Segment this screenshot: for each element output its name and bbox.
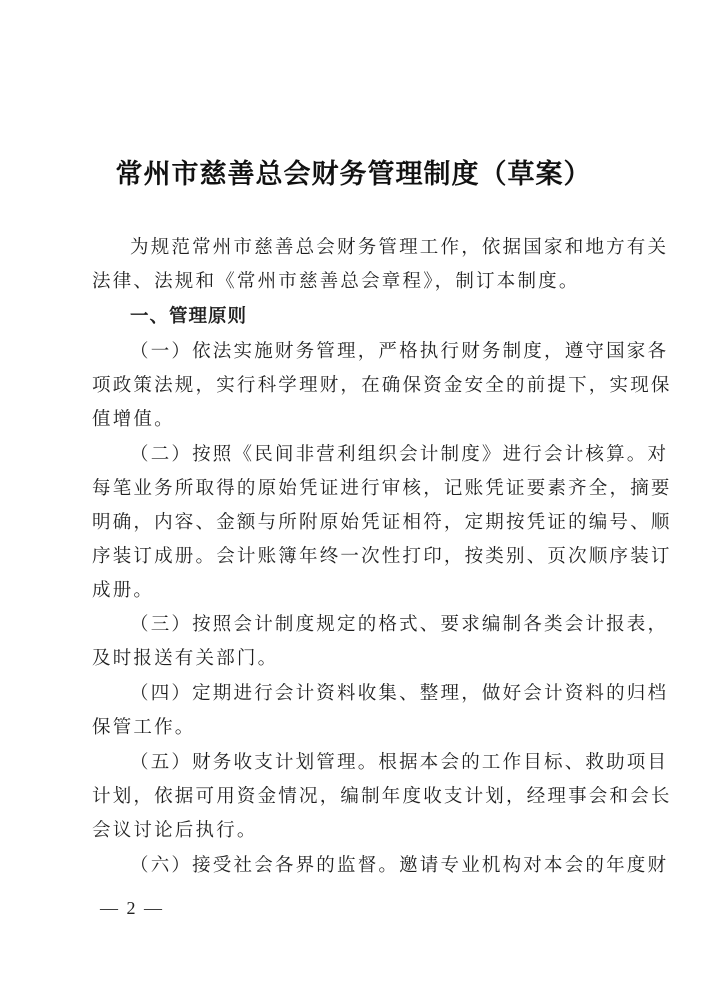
clause-3-line: 及时报送有关部门。 (92, 647, 615, 671)
clause-5-line: （五）财务收支计划管理。根据本会的工作目标、救助项目 (130, 751, 615, 775)
document-title: 常州市慈善总会财务管理制度（草案） (0, 152, 707, 191)
clause-1-line: 项政策法规，实行科学理财，在确保资金安全的前提下，实现保 (92, 374, 615, 398)
clause-1-line: （一）依法实施财务管理，严格执行财务制度，遵守国家各 (130, 340, 615, 364)
clause-2-line: 明确，内容、金额与所附原始凭证相符，定期按凭证的编号、顺 (92, 511, 615, 535)
intro-paragraph-line: 法律、法规和《常州市慈善总会章程》，制订本制度。 (92, 270, 615, 294)
document-page: 常州市慈善总会财务管理制度（草案） 为规范常州市慈善总会财务管理工作，依据国家和… (0, 0, 707, 1000)
clause-5-line: 会议讨论后执行。 (92, 819, 615, 843)
clause-3-line: （三）按照会计制度规定的格式、要求编制各类会计报表， (130, 613, 615, 637)
clause-6-line: （六）接受社会各界的监督。邀请专业机构对本会的年度财 (130, 854, 615, 878)
clause-5-line: 计划，依据可用资金情况，编制年度收支计划，经理事会和会长 (92, 785, 615, 809)
clause-2-line: 成册。 (92, 579, 615, 603)
page-number: — 2 — (100, 898, 164, 919)
clause-1-line: 值增值。 (92, 408, 615, 432)
clause-2-line: 序装订成册。会计账簿年终一次性打印，按类别、页次顺序装订 (92, 545, 615, 569)
clause-4-line: 保管工作。 (92, 716, 615, 740)
section-heading: 一、管理原则 (130, 305, 615, 329)
intro-paragraph-line: 为规范常州市慈善总会财务管理工作，依据国家和地方有关 (130, 236, 615, 260)
clause-2-line: 每笔业务所取得的原始凭证进行审核，记账凭证要素齐全，摘要 (92, 477, 615, 501)
clause-4-line: （四）定期进行会计资料收集、整理，做好会计资料的归档 (130, 682, 615, 706)
clause-2-line: （二）按照《民间非营利组织会计制度》进行会计核算。对 (130, 443, 615, 467)
